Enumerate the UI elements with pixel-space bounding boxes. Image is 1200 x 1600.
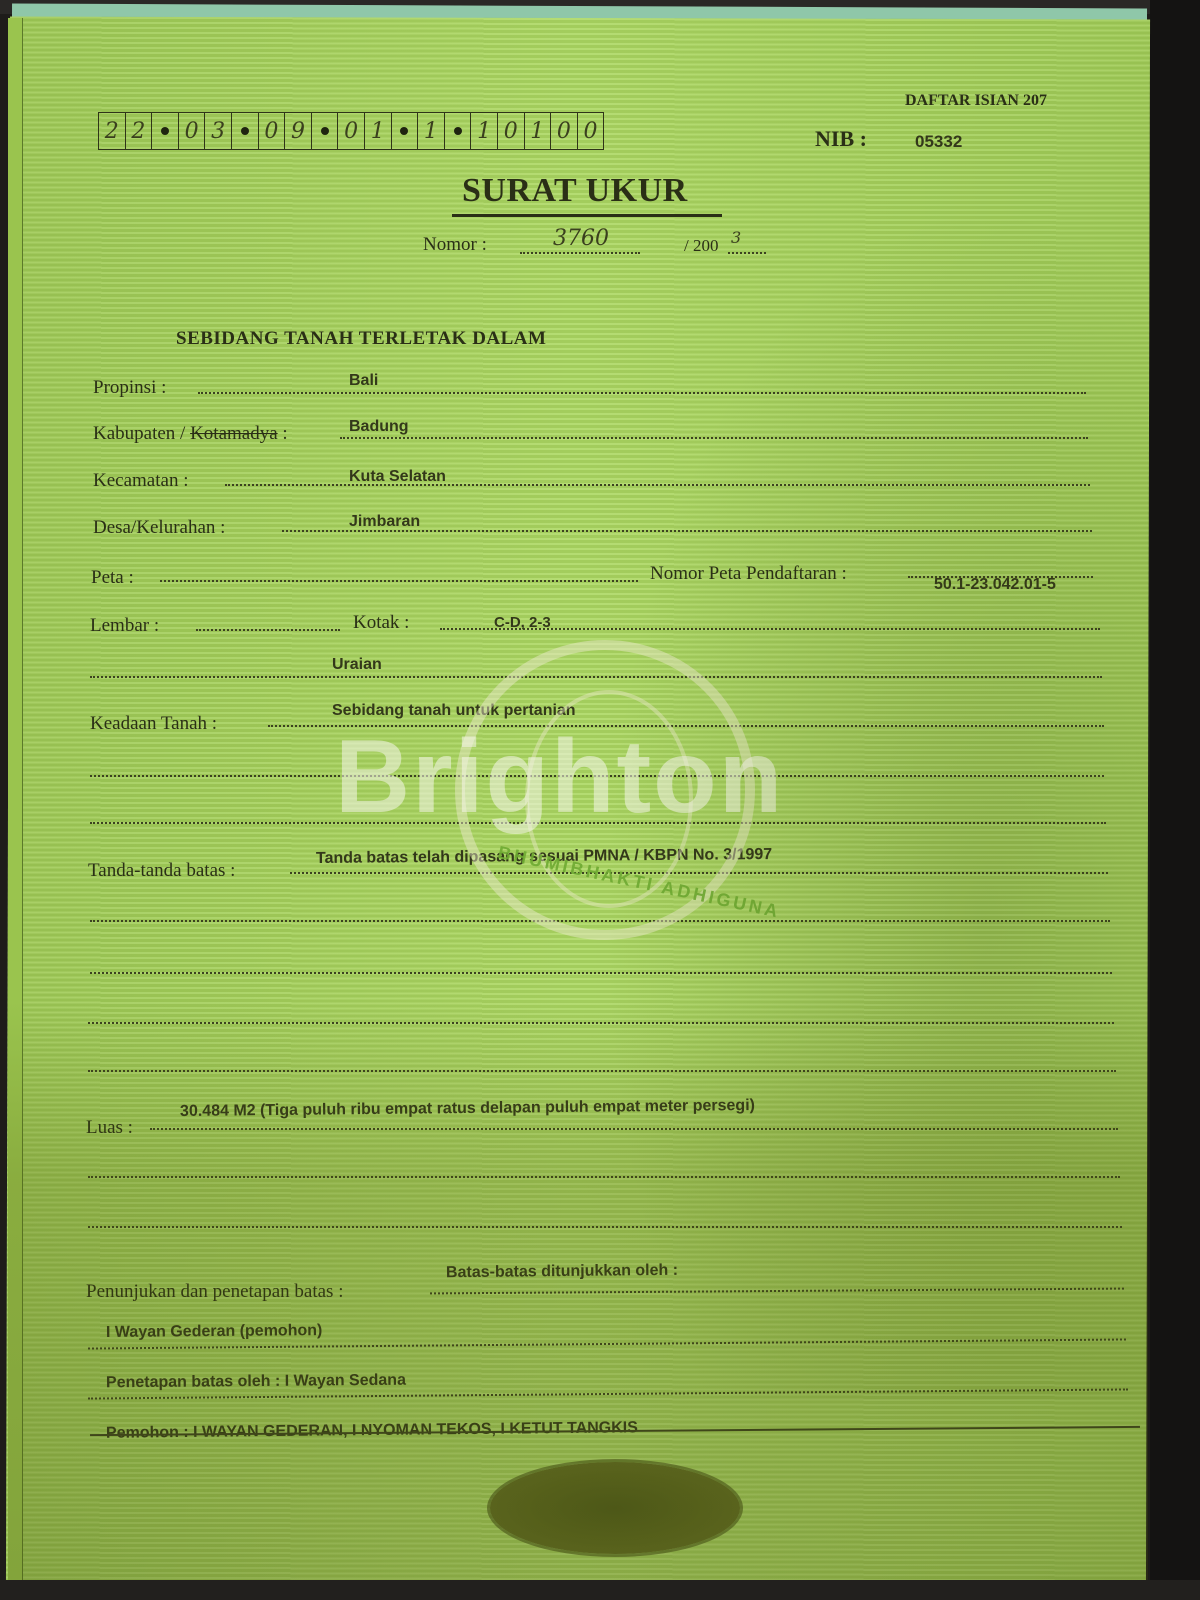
- code-cell: [312, 113, 339, 149]
- code-cell: 0: [179, 113, 206, 149]
- kabupaten-dotline: [340, 437, 1088, 439]
- nomor-value: 3760: [553, 226, 609, 251]
- code-digit: 0: [557, 119, 571, 144]
- lembar-dotline: [196, 629, 340, 631]
- form-code: DAFTAR ISIAN 207: [905, 92, 1047, 110]
- kabupaten-label: Kabupaten / Kotamadya :: [93, 423, 288, 445]
- penunjukan-value: Batas-batas ditunjukkan oleh :: [446, 1262, 678, 1282]
- blank-dotline-5: [88, 1022, 1114, 1024]
- uraian-heading: Uraian: [332, 656, 382, 674]
- code-digit: 0: [344, 119, 358, 144]
- luas-dotline: [150, 1128, 1118, 1130]
- kabupaten-value: Badung: [349, 418, 409, 436]
- code-cell: 3: [205, 113, 232, 149]
- kabupaten-label-text: Kabupaten /: [93, 423, 190, 444]
- code-digit: 9: [291, 119, 305, 144]
- code-digit: 0: [504, 119, 518, 144]
- kabupaten-colon: :: [278, 423, 288, 444]
- code-separator-dot: [241, 127, 249, 135]
- code-cell: 0: [498, 113, 525, 149]
- page-spine: [8, 18, 23, 1590]
- background-bottom: [0, 1580, 1200, 1600]
- code-cell: 2: [99, 113, 126, 149]
- propinsi-dotline: [198, 392, 1086, 394]
- guilloche-rosette-icon: [490, 1462, 740, 1554]
- keadaan-tanah-label: Keadaan Tanah :: [90, 713, 217, 735]
- code-digit: 1: [424, 119, 438, 144]
- blank-dotline-4: [90, 972, 1112, 974]
- registration-code-boxes: 22030901110100: [98, 112, 604, 150]
- kotak-value: C-D, 2-3: [494, 614, 551, 631]
- desa-value: Jimbaran: [349, 513, 420, 531]
- kecamatan-label: Kecamatan :: [93, 470, 188, 492]
- penunjukan-label: Penunjukan dan penetapan batas :: [86, 1281, 343, 1303]
- kotak-label: Kotak :: [353, 612, 409, 634]
- code-cell: 9: [285, 113, 312, 149]
- code-digit: 1: [371, 119, 385, 144]
- background-right: [1150, 0, 1200, 1600]
- section-heading: SEBIDANG TANAH TERLETAK DALAM: [176, 328, 546, 350]
- desa-label: Desa/Kelurahan :: [93, 517, 225, 539]
- code-digit: 0: [264, 119, 278, 144]
- code-digit: 3: [211, 119, 225, 144]
- peta-dotline: [160, 580, 638, 582]
- nomor-year-suffix: 3: [731, 228, 741, 247]
- code-separator-dot: [161, 127, 169, 135]
- page-title: SURAT UKUR: [462, 172, 688, 210]
- nomor-label: Nomor :: [423, 234, 487, 256]
- tanda-batas-label: Tanda-tanda batas :: [88, 860, 235, 882]
- blank-dotline-6: [88, 1070, 1116, 1072]
- nomor-peta-label: Nomor Peta Pendaftaran :: [650, 563, 847, 585]
- penunjuk-name: I Wayan Gederan (pemohon): [106, 1322, 322, 1342]
- propinsi-label: Propinsi :: [93, 377, 166, 399]
- kotamadya-struck-text: Kotamadya: [190, 423, 278, 444]
- code-cell: [445, 113, 472, 149]
- code-digit: 1: [530, 119, 544, 144]
- code-cell: [152, 113, 179, 149]
- year-dotline: [728, 252, 766, 254]
- propinsi-value: Bali: [349, 372, 378, 390]
- code-cell: 2: [126, 113, 153, 149]
- code-cell: 0: [338, 113, 365, 149]
- code-digit: 2: [131, 119, 145, 144]
- blank-dotline-8: [88, 1226, 1122, 1228]
- code-cell: 0: [551, 113, 578, 149]
- code-cell: 0: [259, 113, 286, 149]
- lembar-label: Lembar :: [90, 615, 159, 637]
- code-cell: [232, 113, 259, 149]
- code-digit: 0: [185, 119, 199, 144]
- code-cell: 1: [525, 113, 552, 149]
- code-cell: [392, 113, 419, 149]
- code-cell: 1: [418, 113, 445, 149]
- code-separator-dot: [400, 127, 408, 135]
- blank-dotline-7: [88, 1176, 1120, 1178]
- code-digit: 1: [477, 119, 491, 144]
- code-separator-dot: [454, 127, 462, 135]
- nib-value: 05332: [915, 132, 962, 152]
- nomor-peta-value: 50.1-23.042.01-5: [934, 576, 1056, 594]
- nomor-year-prefix: / 200: [684, 236, 718, 256]
- code-cell: 1: [365, 113, 392, 149]
- peta-label: Peta :: [91, 567, 134, 589]
- luas-label: Luas :: [86, 1117, 133, 1139]
- code-digit: 0: [583, 119, 597, 144]
- code-cell: 1: [471, 113, 498, 149]
- code-digit: 2: [105, 119, 119, 144]
- title-underline: [452, 214, 722, 217]
- nib-label: NIB :: [815, 126, 867, 152]
- penetapan-batas-text: Penetapan batas oleh : I Wayan Sedana: [106, 1372, 406, 1393]
- brighton-watermark: Brighton: [335, 718, 784, 837]
- code-separator-dot: [321, 127, 329, 135]
- nomor-dotline: [520, 252, 640, 254]
- code-cell: 0: [578, 113, 604, 149]
- kecamatan-value: Kuta Selatan: [349, 468, 446, 486]
